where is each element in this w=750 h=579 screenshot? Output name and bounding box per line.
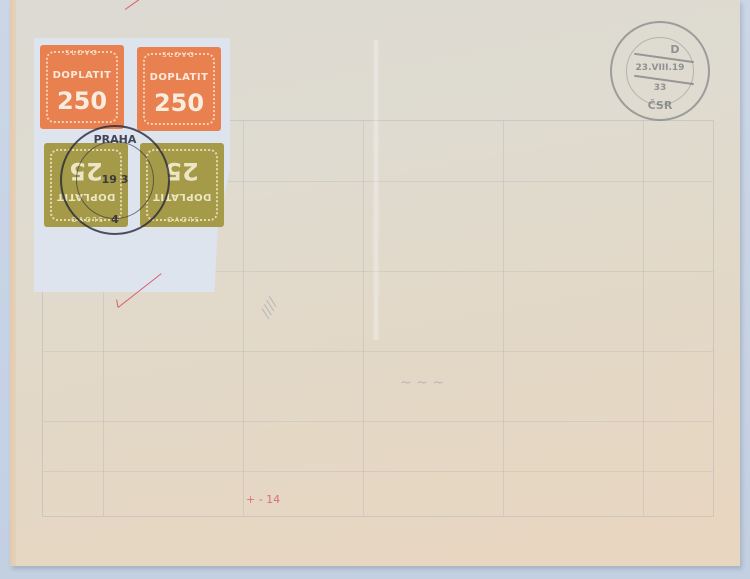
postmark-letter: D xyxy=(642,43,708,56)
postmark-number: 33 xyxy=(612,83,708,93)
stamp-header: SLOVO xyxy=(40,49,124,57)
paper-fold xyxy=(372,40,380,340)
stamp-header: SLOVO xyxy=(137,51,221,59)
cancellation-date: 19 3 xyxy=(62,173,168,186)
paper-edge xyxy=(10,0,16,566)
postmark-country: ČSR xyxy=(612,99,708,112)
cancellation-number: 4 xyxy=(62,213,168,226)
praha-cancellation: PRAHA 19 3 4 xyxy=(60,125,170,235)
stamp-value: 250 xyxy=(137,89,221,117)
faint-handwriting: ~ ~ ~ xyxy=(400,375,444,391)
postage-due-stamp: SLOVO DOPLATIT 250 xyxy=(40,45,124,129)
stamp-label: DOPLATIT xyxy=(137,72,221,83)
postage-due-stamp: SLOVO DOPLATIT 250 xyxy=(137,47,221,131)
cancellation-city: PRAHA xyxy=(62,133,168,146)
csr-postmark: D 23.VIII.19 33 ČSR xyxy=(610,21,710,121)
postmark-date: 23.VIII.19 xyxy=(612,63,708,73)
red-pencil-note: + - 14 xyxy=(246,493,280,506)
stamp-value: 250 xyxy=(40,87,124,115)
stamp-label: DOPLATIT xyxy=(40,70,124,81)
